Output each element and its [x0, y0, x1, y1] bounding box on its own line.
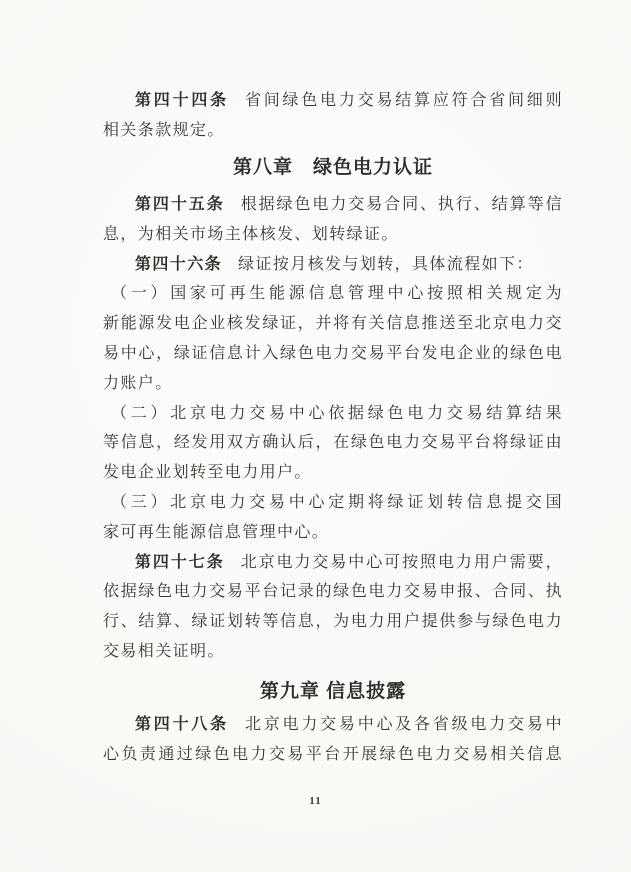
chapter-8-heading: 第八章 绿色电力认证: [103, 156, 563, 180]
line-text: 北京电力交易中心及各省级电力交易中: [245, 716, 563, 733]
item-1-line-4: 力账户。: [103, 369, 563, 399]
item-2-line-1: （二）北京电力交易中心依据绿色电力交易结算结果: [103, 399, 563, 429]
article-45-line-2: 息，为相关市场主体核发、划转绿证。: [103, 220, 563, 250]
article-47-line-3: 行、结算、绿证划转等信息，为电力用户提供参与绿色电力: [103, 607, 563, 637]
line-text: （二）北京电力交易中心依据绿色电力交易结算结果: [111, 405, 563, 422]
line-text: 行、结算、绿证划转等信息，为电力用户提供参与绿色电力: [103, 613, 563, 630]
document-page: 第四十四条省间绿色电力交易结算应符合省间细则 相关条款规定。 第八章 绿色电力认…: [0, 0, 631, 872]
document-text-column: 第四十四条省间绿色电力交易结算应符合省间细则 相关条款规定。 第八章 绿色电力认…: [103, 86, 563, 770]
article-47-line-1: 第四十七条北京电力交易中心可按照电力用户需要，: [103, 548, 563, 578]
line-text: 相关条款规定。: [103, 122, 225, 139]
line-text: 力账户。: [103, 375, 173, 392]
line-text: 家可再生能源信息管理中心。: [103, 524, 329, 541]
article-46-line-1: 第四十六条绿证按月核发与划转，具体流程如下：: [103, 250, 563, 280]
item-1-line-1: （一）国家可再生能源信息管理中心按照相关规定为: [103, 279, 563, 309]
article-48-line-2: 心负责通过绿色电力交易平台开展绿色电力交易相关信息: [103, 740, 563, 770]
article-47-line-4: 交易相关证明。: [103, 637, 563, 667]
article-44-line-2: 相关条款规定。: [103, 116, 563, 146]
article-48-line-1: 第四十八条北京电力交易中心及各省级电力交易中: [103, 710, 563, 740]
chapter-9-heading: 第九章 信息披露: [103, 680, 563, 704]
line-text: （三）北京电力交易中心定期将绿证划转信息提交国: [111, 494, 563, 511]
line-text: （一）国家可再生能源信息管理中心按照相关规定为: [111, 285, 563, 302]
item-2-line-2: 等信息，经发用双方确认后，在绿色电力交易平台将绿证由: [103, 428, 563, 458]
item-3-line-2: 家可再生能源信息管理中心。: [103, 518, 563, 548]
article-number: 第四十七条: [135, 554, 225, 571]
article-45-line-1: 第四十五条根据绿色电力交易合同、执行、结算等信: [103, 190, 563, 220]
article-number: 第四十四条: [135, 92, 229, 109]
item-3-line-1: （三）北京电力交易中心定期将绿证划转信息提交国: [103, 488, 563, 518]
line-text: 等信息，经发用双方确认后，在绿色电力交易平台将绿证由: [103, 434, 563, 451]
line-text: 心负责通过绿色电力交易平台开展绿色电力交易相关信息: [103, 746, 563, 763]
line-text: 交易相关证明。: [103, 643, 225, 660]
article-number: 第四十五条: [135, 196, 225, 213]
line-text: 北京电力交易中心可按照电力用户需要，: [241, 554, 563, 571]
item-1-line-2: 新能源发电企业核发绿证，并将有关信息推送至北京电力交: [103, 309, 563, 339]
line-text: 省间绿色电力交易结算应符合省间细则: [245, 92, 563, 109]
line-text: 发电企业划转至电力用户。: [103, 464, 312, 481]
article-47-line-2: 依据绿色电力交易平台记录的绿色电力交易申报、合同、执: [103, 577, 563, 607]
page-number: 11: [0, 795, 631, 807]
item-2-line-3: 发电企业划转至电力用户。: [103, 458, 563, 488]
line-text: 绿证按月核发与划转，具体流程如下：: [238, 256, 534, 273]
article-number: 第四十六条: [135, 256, 222, 273]
item-1-line-3: 易中心，绿证信息计入绿色电力交易平台发电企业的绿色电: [103, 339, 563, 369]
article-44-line-1: 第四十四条省间绿色电力交易结算应符合省间细则: [103, 86, 563, 116]
line-text: 根据绿色电力交易合同、执行、结算等信: [241, 196, 563, 213]
line-text: 易中心，绿证信息计入绿色电力交易平台发电企业的绿色电: [103, 345, 563, 362]
line-text: 新能源发电企业核发绿证，并将有关信息推送至北京电力交: [103, 315, 563, 332]
line-text: 依据绿色电力交易平台记录的绿色电力交易申报、合同、执: [103, 583, 563, 600]
line-text: 息，为相关市场主体核发、划转绿证。: [103, 226, 399, 243]
article-number: 第四十八条: [135, 716, 229, 733]
